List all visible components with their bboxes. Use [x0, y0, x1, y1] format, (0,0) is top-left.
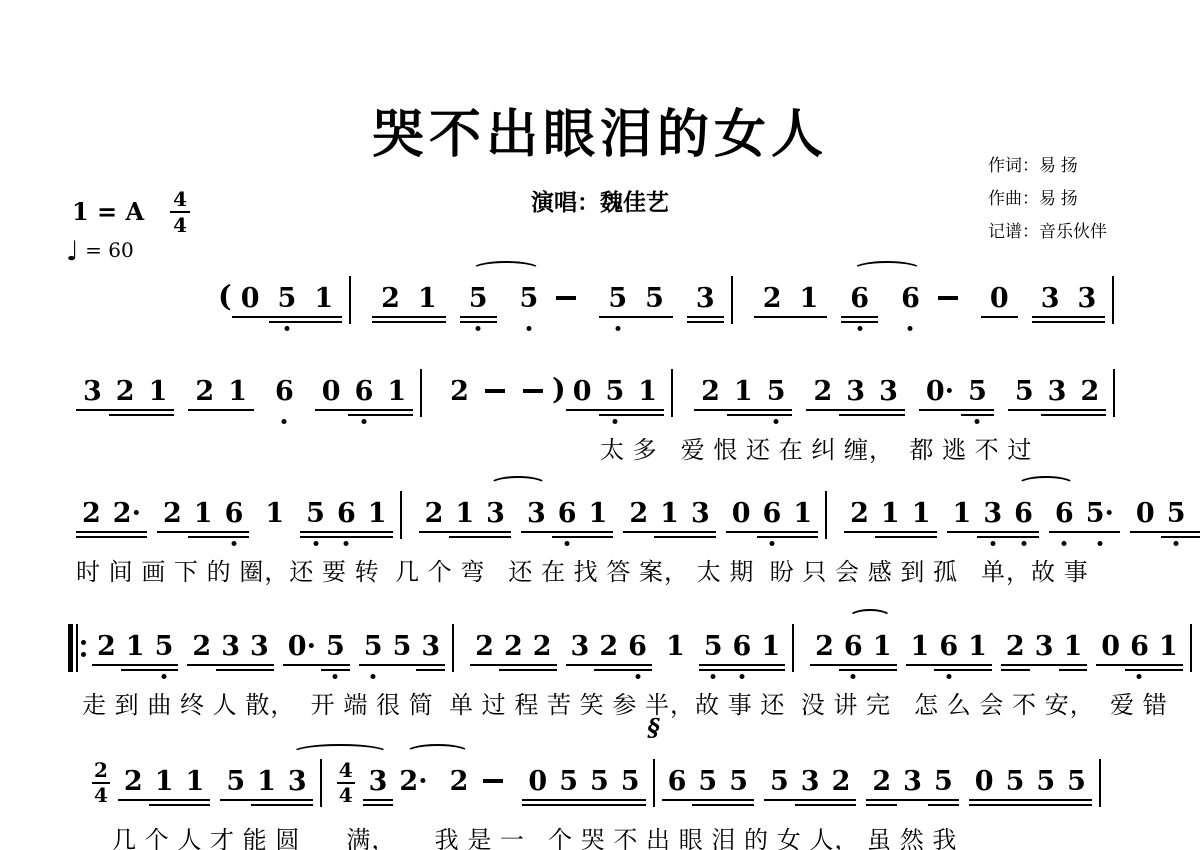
- barline: [452, 624, 454, 672]
- underline: [1068, 316, 1105, 318]
- underline: [216, 664, 245, 666]
- lyrics-line: 时 间 画 下 的 圈，还 要 转 几 个 弯 还 在 找 答 案， 太 期 盼…: [76, 552, 1089, 587]
- barline: [825, 491, 827, 539]
- note: 1: [409, 283, 446, 315]
- note: 1: [654, 498, 685, 530]
- barline: [1099, 759, 1101, 807]
- note: 1: [787, 498, 818, 530]
- barline: [671, 369, 673, 417]
- underline: [969, 804, 1000, 806]
- note: 5: [1008, 376, 1041, 408]
- underline: [906, 536, 937, 538]
- underline: [283, 664, 321, 666]
- underline: [757, 536, 788, 538]
- underline: [1000, 799, 1031, 801]
- note: 3: [282, 766, 313, 798]
- underline: [584, 804, 615, 806]
- note: 1: [449, 498, 480, 530]
- note: 6: [892, 283, 929, 315]
- underline: [76, 531, 107, 533]
- note: 1: [259, 498, 290, 530]
- notation-row: (05121555532166033: [218, 283, 1121, 324]
- octave-dot: [284, 326, 289, 331]
- underline: [321, 664, 350, 666]
- underline: [872, 414, 905, 416]
- note: 6: [1049, 498, 1080, 530]
- note: 2: [444, 766, 475, 798]
- octave-dot: [851, 674, 856, 679]
- underline: [981, 316, 1018, 318]
- underline: [1030, 664, 1059, 666]
- note: 3: [795, 766, 826, 798]
- slur-arc: [1017, 476, 1074, 494]
- : [68, 624, 73, 672]
- notation-row: 2152330·55532223261561261161231061: [68, 631, 1199, 672]
- note: 5: [321, 631, 350, 663]
- note: 5: [1030, 766, 1061, 798]
- underline: [723, 804, 754, 806]
- underline: [416, 664, 445, 666]
- time-signature-header: 4 4: [170, 188, 190, 236]
- underline: [1030, 804, 1061, 806]
- underline: [348, 409, 381, 411]
- underline: [522, 799, 553, 801]
- underline: [594, 669, 623, 671]
- octave-dot: [161, 674, 166, 679]
- underline: [961, 409, 994, 411]
- underline: [92, 664, 121, 666]
- underline: [1001, 664, 1030, 666]
- underline: [348, 414, 381, 416]
- note: 0: [969, 766, 1000, 798]
- note: 5: [599, 376, 632, 408]
- parenthesis: ): [552, 374, 566, 404]
- note: 2: [157, 498, 188, 530]
- note: 2: [528, 631, 557, 663]
- note: 1: [583, 498, 614, 530]
- underline: [419, 531, 450, 533]
- underline: [791, 316, 828, 318]
- underline: [522, 804, 553, 806]
- note: 1: [906, 498, 937, 530]
- note: 1: [180, 766, 211, 798]
- underline: [1032, 321, 1069, 323]
- note: 2: [92, 631, 121, 663]
- credits-block: 作词：易 扬 作曲：易 扬 记谱：音乐伙伴: [988, 149, 1107, 248]
- lyrics-line: 太 多 爱 恨 还 在 纠 缠， 都 逃 不 过: [600, 430, 1032, 465]
- barline: [400, 491, 402, 539]
- underline: [623, 669, 652, 671]
- underline: [623, 531, 654, 533]
- underline: [566, 409, 599, 411]
- note: 3: [363, 766, 394, 798]
- score-line: 2152330·55532223261561261161231061走 到 曲 …: [68, 631, 1199, 672]
- note: 3: [872, 376, 905, 408]
- transcriber-credit: 记谱：音乐伙伴: [988, 215, 1107, 248]
- note: 3: [521, 498, 552, 530]
- underline: [470, 664, 499, 666]
- note: 3: [566, 631, 595, 663]
- underline: [1059, 664, 1088, 666]
- underline: [499, 664, 528, 666]
- underline: [839, 669, 868, 671]
- underline: [76, 536, 107, 538]
- note: 2: [372, 283, 409, 315]
- note: 0: [1130, 498, 1161, 530]
- underline: [760, 409, 793, 411]
- sustain-dash: [485, 389, 505, 393]
- underline: [245, 669, 274, 671]
- underline: [694, 409, 727, 411]
- note: 1: [142, 376, 175, 408]
- note: 2: [810, 631, 839, 663]
- underline: [362, 536, 393, 538]
- underline: [499, 669, 528, 671]
- note: 0: [566, 376, 599, 408]
- key-meter-block: 1 = A 4 4: [72, 192, 190, 236]
- note: 3: [1068, 283, 1105, 315]
- note: 2: [109, 376, 142, 408]
- octave-dot: [1062, 541, 1067, 546]
- underline: [121, 664, 150, 666]
- note: 0: [726, 498, 757, 530]
- underline: [787, 536, 818, 538]
- note: 1: [251, 766, 282, 798]
- underline: [977, 531, 1008, 533]
- underline: [359, 664, 388, 666]
- octave-dot: [857, 326, 862, 331]
- underline: [583, 531, 614, 533]
- underline: [1191, 531, 1200, 533]
- note: 1: [947, 498, 978, 530]
- note: 3: [1030, 631, 1059, 663]
- octave-dot: [1137, 674, 1142, 679]
- note: 2: [1001, 631, 1030, 663]
- note: 2: [866, 766, 897, 798]
- underline: [810, 664, 839, 666]
- underline: [460, 321, 497, 323]
- underline: [553, 804, 584, 806]
- note: 3: [1032, 283, 1069, 315]
- underline: [1061, 804, 1092, 806]
- note: 0: [232, 283, 269, 315]
- underline: [363, 804, 394, 806]
- sustain-dash: [556, 296, 576, 300]
- note: 5: [928, 766, 959, 798]
- note: 2: [187, 631, 216, 663]
- underline: [409, 316, 446, 318]
- barline: [349, 276, 351, 324]
- underline: [1080, 531, 1120, 533]
- note: 1: [1059, 631, 1088, 663]
- score-line: (05121555532166033: [218, 283, 1121, 324]
- note: 5: [764, 766, 795, 798]
- underline: [305, 321, 342, 323]
- : 4: [94, 784, 108, 806]
- note: 3: [1041, 376, 1074, 408]
- note: 0·: [283, 631, 321, 663]
- note: 1: [121, 631, 150, 663]
- underline: [687, 316, 724, 318]
- underline: [282, 804, 313, 806]
- octave-dot: [612, 419, 617, 424]
- note: 6: [348, 376, 381, 408]
- sustain-dash: [523, 389, 543, 393]
- barline: [1113, 369, 1115, 417]
- octave-dot: [476, 326, 481, 331]
- underline: [963, 664, 992, 666]
- note: 5: [269, 283, 306, 315]
- underline: [906, 664, 935, 666]
- underline: [875, 531, 906, 533]
- note: 5: [961, 376, 994, 408]
- underline: [947, 531, 978, 533]
- note: 5·: [1080, 498, 1120, 530]
- octave-dot: [282, 419, 287, 424]
- underline: [685, 536, 716, 538]
- note: 6: [623, 631, 652, 663]
- underline: [251, 804, 282, 806]
- underline: [219, 536, 250, 538]
- note: 6: [728, 631, 757, 663]
- underline: [216, 669, 245, 671]
- underline: [1008, 409, 1041, 411]
- note: 1: [963, 631, 992, 663]
- underline: [315, 409, 348, 411]
- underline: [187, 664, 216, 666]
- tempo-value: = 60: [85, 238, 134, 262]
- underline: [282, 799, 313, 801]
- underline: [1068, 321, 1105, 323]
- underline: [149, 799, 180, 801]
- slur-arc: [489, 476, 546, 494]
- underline: [654, 531, 685, 533]
- octave-dot: [1174, 541, 1179, 546]
- score-line: 22·216156121336121306121113665·051时 间 画 …: [76, 498, 1200, 539]
- underline: [1041, 409, 1074, 411]
- lyrics-line: 几 个 人 才 能 圆 满， 我 是 一 个 哭 不 出 眼 泪 的 女 人， …: [112, 820, 957, 850]
- underline: [380, 414, 413, 416]
- underline: [844, 531, 875, 533]
- underline: [583, 536, 614, 538]
- underline: [760, 414, 793, 416]
- underline: [868, 669, 897, 671]
- underline: [636, 316, 673, 318]
- underline: [552, 531, 583, 533]
- underline: [388, 664, 417, 666]
- sheet-music-page: 哭不出眼泪的女人 演唱：魏佳艺 作词：易 扬 作曲：易 扬 记谱：音乐伙伴 1 …: [0, 0, 1200, 850]
- underline: [599, 316, 636, 318]
- underline: [150, 664, 179, 666]
- underline: [928, 804, 959, 806]
- key-signature: 1 = A: [72, 192, 144, 232]
- note: 1: [305, 283, 342, 315]
- underline: [305, 316, 342, 318]
- note: 3: [977, 498, 1008, 530]
- note: 5: [636, 283, 673, 315]
- note: 6: [757, 498, 788, 530]
- note: 5: [220, 766, 251, 798]
- underline: [872, 409, 905, 411]
- note: 5: [1000, 766, 1031, 798]
- underline: [594, 664, 623, 666]
- note: 0: [315, 376, 348, 408]
- underline: [699, 664, 728, 666]
- octave-dot: [526, 326, 531, 331]
- note: 5: [553, 766, 584, 798]
- underline: [219, 531, 250, 533]
- note: 3: [76, 376, 109, 408]
- note: 5: [388, 631, 417, 663]
- underline: [1154, 669, 1183, 671]
- note: 6: [839, 631, 868, 663]
- note: 5: [300, 498, 331, 530]
- note: 5: [692, 766, 723, 798]
- underline: [416, 669, 445, 671]
- underline: [928, 799, 959, 801]
- underline: [868, 664, 897, 666]
- underline: [180, 799, 211, 801]
- underline: [180, 804, 211, 806]
- note: 5: [699, 631, 728, 663]
- underline: [599, 414, 632, 416]
- underline: [107, 536, 147, 538]
- note: 3: [897, 766, 928, 798]
- underline: [795, 799, 826, 801]
- octave-dot: [635, 674, 640, 679]
- underline: [300, 536, 331, 538]
- underline: [839, 409, 872, 411]
- underline: [1049, 531, 1080, 533]
- underline: [839, 664, 868, 666]
- note: 2: [623, 498, 654, 530]
- underline: [221, 409, 254, 411]
- underline: [662, 799, 693, 801]
- underline: [727, 409, 760, 411]
- underline: [826, 799, 857, 801]
- underline: [1059, 669, 1088, 671]
- underline: [764, 799, 795, 801]
- barline: [731, 276, 733, 324]
- underline: [841, 316, 878, 318]
- note: 1: [362, 498, 393, 530]
- note: 5: [615, 766, 646, 798]
- underline: [553, 799, 584, 801]
- underline: [615, 799, 646, 801]
- note: 1: [631, 376, 664, 408]
- time-signature-change: 24: [92, 760, 110, 806]
- underline: [727, 414, 760, 416]
- underline: [692, 804, 723, 806]
- octave-dot: [908, 326, 913, 331]
- underline: [726, 531, 757, 533]
- note: 2: [443, 376, 476, 408]
- note: 5: [359, 631, 388, 663]
- underline: [331, 531, 362, 533]
- underline: [1041, 414, 1074, 416]
- underline: [1008, 536, 1039, 538]
- underline: [232, 316, 269, 318]
- octave-dot: [333, 674, 338, 679]
- repeat-start-sign: [68, 624, 86, 672]
- note: 6: [841, 283, 878, 315]
- underline: [188, 409, 221, 411]
- underline: [692, 799, 723, 801]
- underline: [380, 409, 413, 411]
- barline: [792, 624, 794, 672]
- note: 2: [594, 631, 623, 663]
- underline: [806, 409, 839, 411]
- note: 2: [826, 766, 857, 798]
- underline: [480, 531, 511, 533]
- underline: [521, 531, 552, 533]
- underline: [372, 316, 409, 318]
- underline: [977, 536, 1008, 538]
- underline: [149, 804, 180, 806]
- barline: §: [653, 759, 655, 807]
- underline: [866, 799, 897, 801]
- underline: [331, 536, 362, 538]
- underline: [969, 799, 1000, 801]
- underline: [631, 409, 664, 411]
- underline: [615, 804, 646, 806]
- lyricist-credit: 作词：易 扬: [988, 149, 1107, 182]
- underline: [1008, 531, 1039, 533]
- underline: [756, 669, 785, 671]
- underline: [142, 414, 175, 416]
- note: 2: [806, 376, 839, 408]
- underline: [552, 536, 583, 538]
- underline: [654, 536, 685, 538]
- underline: [685, 531, 716, 533]
- underline: [599, 409, 632, 411]
- octave-dot: [1021, 541, 1026, 546]
- underline: [321, 669, 350, 671]
- note: 2: [499, 631, 528, 663]
- underline: [107, 531, 147, 533]
- lyrics-line: 走 到 曲 终 人 散， 开 端 很 简 单 过 程 苦 笑 参 半，故 事 还…: [82, 685, 1168, 720]
- slur-arc: [405, 744, 470, 762]
- underline: [188, 531, 219, 533]
- note: 6: [219, 498, 250, 530]
- octave-dot: [361, 419, 366, 424]
- underline: [961, 414, 994, 416]
- underline: [566, 664, 595, 666]
- note: 1: [149, 766, 180, 798]
- note: 3: [685, 498, 716, 530]
- underline: [866, 804, 897, 806]
- underline: [1125, 664, 1154, 666]
- note: 5: [723, 766, 754, 798]
- underline: [372, 321, 409, 323]
- octave-dot: [313, 541, 318, 546]
- note: 5: [1161, 498, 1192, 530]
- slur-arc: [471, 261, 541, 279]
- octave-dot: [1097, 541, 1102, 546]
- parenthesis: (: [218, 281, 232, 311]
- octave-dot: [739, 674, 744, 679]
- underline: [1061, 799, 1092, 801]
- note: 0: [1096, 631, 1125, 663]
- octave-dot: [371, 674, 376, 679]
- underline: [109, 414, 142, 416]
- barline: [420, 369, 422, 417]
- note: 5: [511, 283, 548, 315]
- notation-row: 242115134432·20555§6555322350555: [84, 766, 1108, 807]
- underline: [220, 799, 251, 801]
- octave-dot: [990, 541, 995, 546]
- underline: [76, 409, 109, 411]
